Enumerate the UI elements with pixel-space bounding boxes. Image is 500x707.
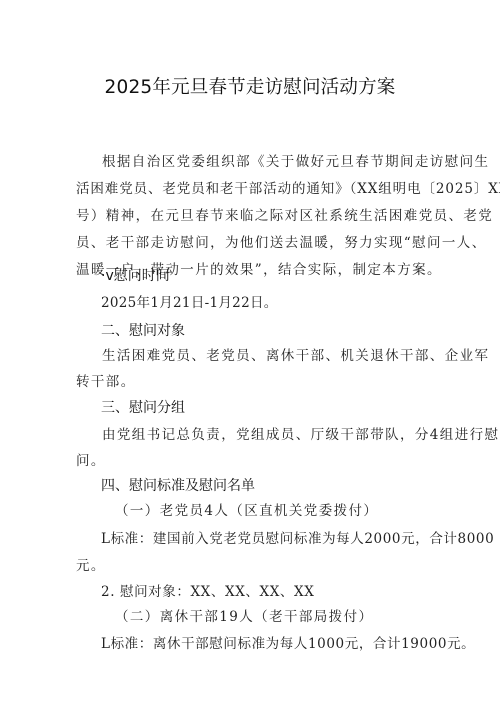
section-targets-line-2: 转干部。 <box>76 370 136 390</box>
intro-line-3: 号）精神，在元旦春节来临之际对区社系统生活困难党员、老党 <box>76 204 493 224</box>
subsection-1-line-1: L标准：建国前入党老党员慰问标准为每人2000元，合计8000 <box>101 527 494 547</box>
section-targets-line-1: 生活困难党员、老党员、离休干部、机关退休干部、企业军 <box>102 344 489 364</box>
section-heading-standards: 四、慰问标准及慰问名单 <box>101 475 255 495</box>
section-time-line-1: 2025年1月21日-1月22日。 <box>101 291 278 311</box>
section-groups-line-1: 由党组书记总负责，党组成员、厅级干部带队，分4组进行慰 <box>102 423 499 443</box>
subsection-1-title: （一）老党员4人（区直机关党委拨付） <box>115 499 378 519</box>
subsection-2-title: （二）离休干部19人（老干部局拨付） <box>115 605 373 625</box>
intro-line-1: 根据自治区党委组织部《关于做好元旦春节期间走访慰问生 <box>102 150 489 170</box>
section-heading-targets: 二、慰问对象 <box>101 320 185 340</box>
intro-line-4: 员、老干部走访慰问，为他们送去温暖，努力实现“慰问一人、 <box>76 231 487 251</box>
subsection-1-line-2: 元。 <box>76 554 106 574</box>
intro-line-2: 活困难党员、老党员和老干部活动的通知》（XX组明电〔2025〕XX <box>76 177 500 197</box>
section-heading-groups: 三、慰问分组 <box>101 397 185 417</box>
section-groups-line-2: 问。 <box>76 449 106 469</box>
section-heading-time: ·v慰问时间 <box>101 265 170 285</box>
document-page: 2025年元旦春节走访慰问活动方案 根据自治区党委组织部《关于做好元旦春节期间走… <box>0 0 500 707</box>
document-title: 2025年元旦春节走访慰问活动方案 <box>0 73 500 99</box>
subsection-1-line-3: 2. 慰问对象：XX、XX、XX、XX <box>101 580 314 600</box>
subsection-2-line-1: L标准：离休干部慰问标准为每人1000元，合计19000元。 <box>101 632 475 652</box>
